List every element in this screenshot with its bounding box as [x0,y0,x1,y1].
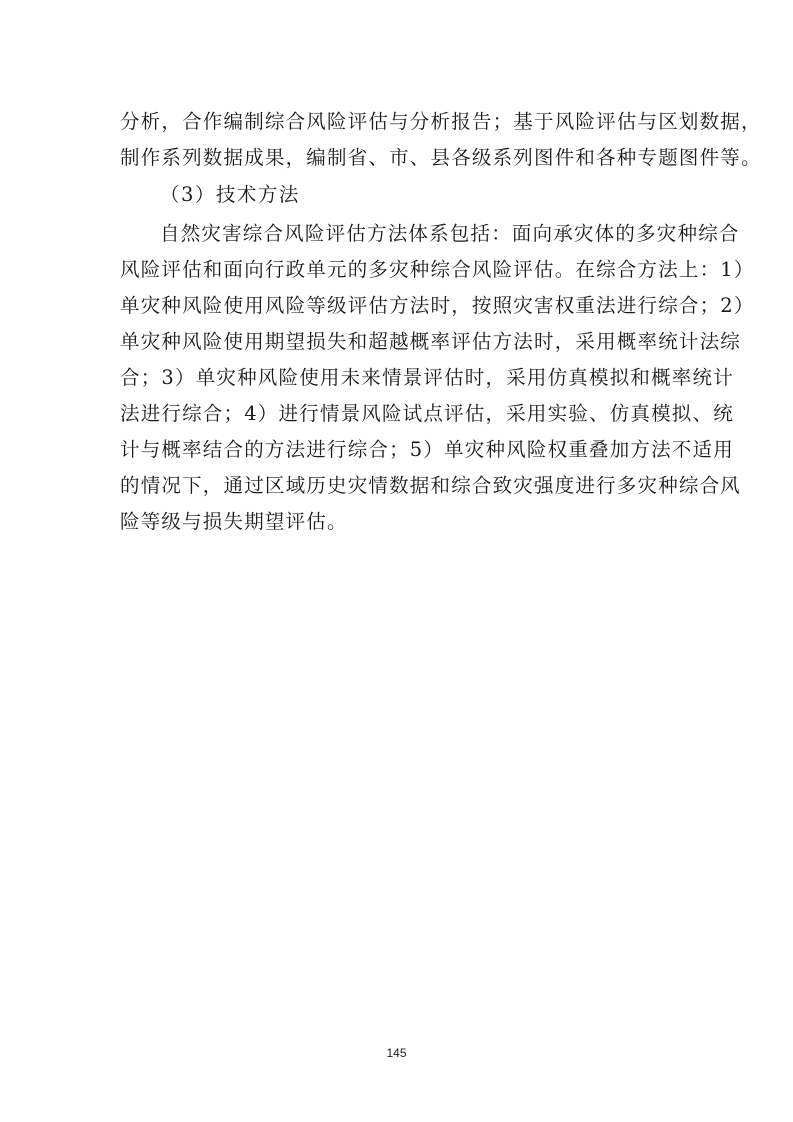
text-line: 计与概率结合的方法进行综合；5）单灾种风险权重叠加方法不适用 [120,438,676,462]
text-line: 制作系列数据成果，编制省、市、县各级系列图件和各种专题图件等。 [120,146,676,170]
section-heading: （3）技术方法 [160,183,300,207]
text-line: 合；3）单灾种风险使用未来情景评估时，采用仿真模拟和概率统计 [120,366,676,390]
text-line: 险等级与损失期望评估。 [120,510,676,534]
text-line: 单灾种风险使用风险等级评估方法时，按照灾害权重法进行综合；2） [120,294,676,318]
page-number: 145 [0,1046,793,1060]
text-line: 法进行综合；4）进行情景风险试点评估，采用实验、仿真模拟、统 [120,402,676,426]
document-page: 分析，合作编制综合风险评估与分析报告；基于风险评估与区划数据， 制作系列数据成果… [0,0,793,1122]
text-line: 自然灾害综合风险评估方法体系包括：面向承灾体的多灾种综合 [160,222,676,246]
text-line: 单灾种风险使用期望损失和超越概率评估方法时，采用概率统计法综 [120,330,676,354]
text-line: 风险评估和面向行政单元的多灾种综合风险评估。在综合方法上：1） [120,258,676,282]
text-line: 分析，合作编制综合风险评估与分析报告；基于风险评估与区划数据， [120,110,676,134]
text-line: 的情况下，通过区域历史灾情数据和综合致灾强度进行多灾种综合风 [120,474,676,498]
